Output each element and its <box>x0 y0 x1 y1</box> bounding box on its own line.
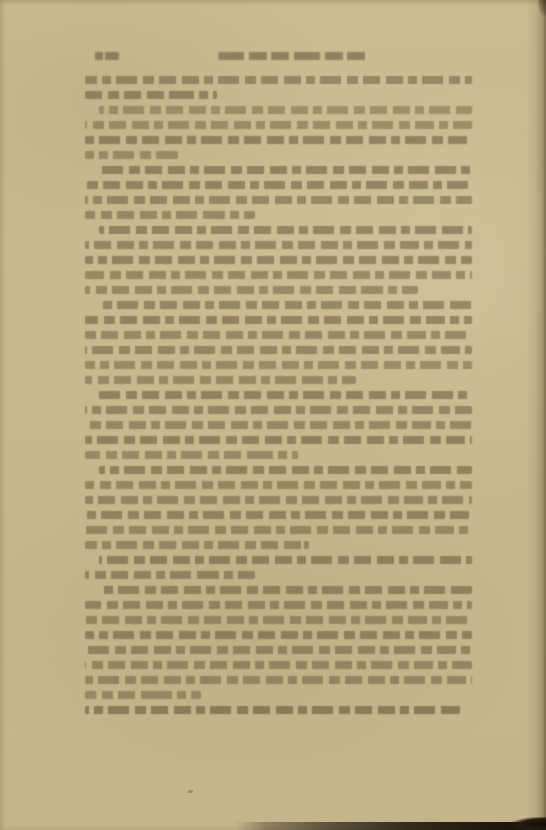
text-line <box>85 421 472 429</box>
text-line <box>85 646 472 654</box>
text-line <box>85 706 460 714</box>
top-right-corner-mark <box>538 0 546 16</box>
paragraph <box>85 466 472 549</box>
text-line <box>85 331 472 339</box>
paragraph <box>85 706 472 714</box>
header-running-title <box>218 52 370 60</box>
text-line <box>85 286 418 294</box>
paragraph <box>85 556 472 579</box>
text-line <box>85 601 472 609</box>
paragraph <box>85 391 472 459</box>
text-line <box>85 481 472 489</box>
paragraph <box>85 301 472 384</box>
text-line <box>85 616 472 624</box>
text-line <box>85 91 217 99</box>
text-line <box>85 691 201 699</box>
paragraph <box>85 166 472 219</box>
text-line <box>99 166 472 174</box>
text-line <box>85 376 356 384</box>
text-line <box>85 676 472 684</box>
bottom-scan-bar <box>235 822 546 830</box>
paragraph <box>85 586 472 699</box>
text-line <box>85 211 255 219</box>
text-line <box>85 496 472 504</box>
paper-fleck <box>188 790 193 793</box>
text-column <box>85 76 472 721</box>
text-line <box>99 106 472 114</box>
text-line <box>99 466 472 474</box>
text-line <box>85 346 472 354</box>
bottom-right-corner-shadow <box>512 817 546 830</box>
scanned-page <box>0 0 546 830</box>
text-line <box>85 631 472 639</box>
text-line <box>99 391 472 399</box>
text-line <box>85 316 472 324</box>
text-line <box>99 226 472 234</box>
text-line <box>85 196 472 204</box>
text-line <box>85 241 472 249</box>
header-page-number <box>95 52 119 60</box>
text-line <box>85 571 255 579</box>
text-line <box>85 406 472 414</box>
text-line <box>85 181 472 189</box>
text-line <box>85 76 472 84</box>
text-line <box>99 556 472 564</box>
text-line <box>85 661 472 669</box>
text-line <box>99 586 472 594</box>
text-line <box>85 361 472 369</box>
text-line <box>85 526 472 534</box>
text-line <box>85 511 472 519</box>
text-line <box>85 541 309 549</box>
paragraph <box>85 106 472 159</box>
text-line <box>85 136 472 144</box>
text-line <box>85 451 298 459</box>
text-line <box>85 256 472 264</box>
page-header <box>85 51 472 63</box>
text-line <box>85 151 178 159</box>
paragraph <box>85 226 472 294</box>
text-line <box>85 436 472 444</box>
paragraph <box>85 76 472 99</box>
text-line <box>85 271 472 279</box>
text-line <box>85 121 472 129</box>
text-line <box>99 301 472 309</box>
